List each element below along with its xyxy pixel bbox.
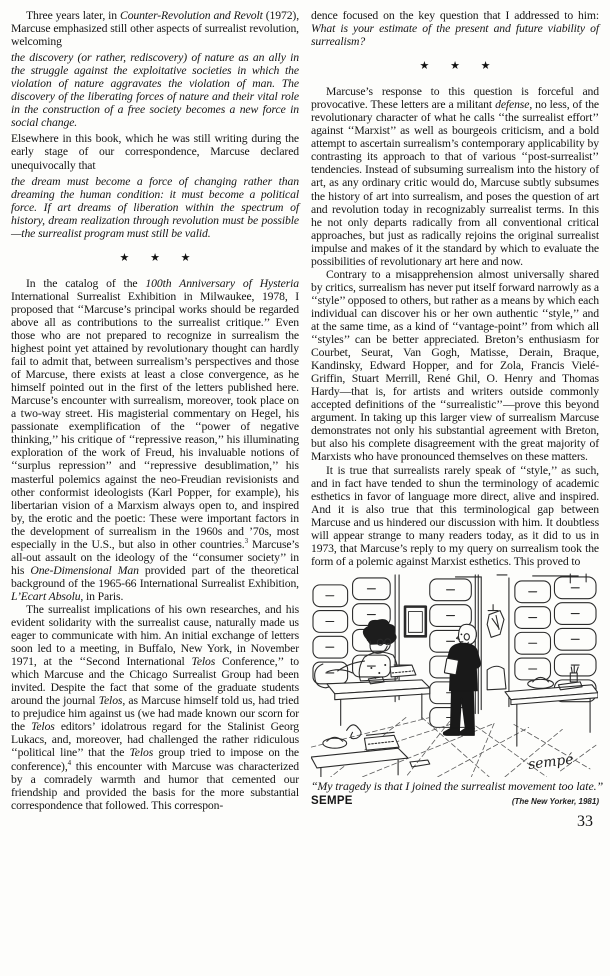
secretary-desk [327,665,430,725]
paragraph: Contrary to a misapprehension almost uni… [311,268,599,464]
paragraph: It is true that surrealists rarely speak… [311,464,599,568]
paragraph: Elsewhere in this book, which he was sti… [11,132,299,171]
side-table [505,666,598,746]
paragraph: In the catalog of the 100th Anniversary … [11,277,299,603]
cartoon-illustration: sempé [311,573,598,777]
page-number: 33 [311,813,599,831]
two-column-layout: Three years later, in Counter-Revolution… [11,9,602,831]
cartoon-source-credit: (The New Yorker, 1981) [512,797,599,806]
cartoon-caption: ‘‘My tragedy is that I joined the surrea… [311,780,599,793]
paragraph: dence focused on the key question that I… [311,9,599,48]
block-quote: the discovery (or rather, rediscovery) o… [11,51,299,129]
scanned-page: Three years later, in Counter-Revolution… [0,0,610,976]
section-separator-stars: ★ ★ ★ [311,59,599,72]
right-column: dence focused on the key question that I… [311,9,599,831]
sempe-signature: sempé [527,751,574,772]
left-column: Three years later, in Counter-Revolution… [11,9,299,831]
cartoon-figure: sempé ‘‘My tragedy is that I joined the … [311,573,599,807]
paragraph: Three years later, in Counter-Revolution… [11,9,299,48]
cartoon-artist-name: SEMPE [311,795,353,807]
section-separator-stars: ★ ★ ★ [11,251,299,264]
block-quote: the dream must become a force of changin… [11,175,299,240]
paragraph: The surrealist implications of his own r… [11,603,299,812]
cartoon-credit-row: SEMPE (The New Yorker, 1981) [311,795,599,807]
paragraph: Marcuse’s response to this question is f… [311,85,599,268]
